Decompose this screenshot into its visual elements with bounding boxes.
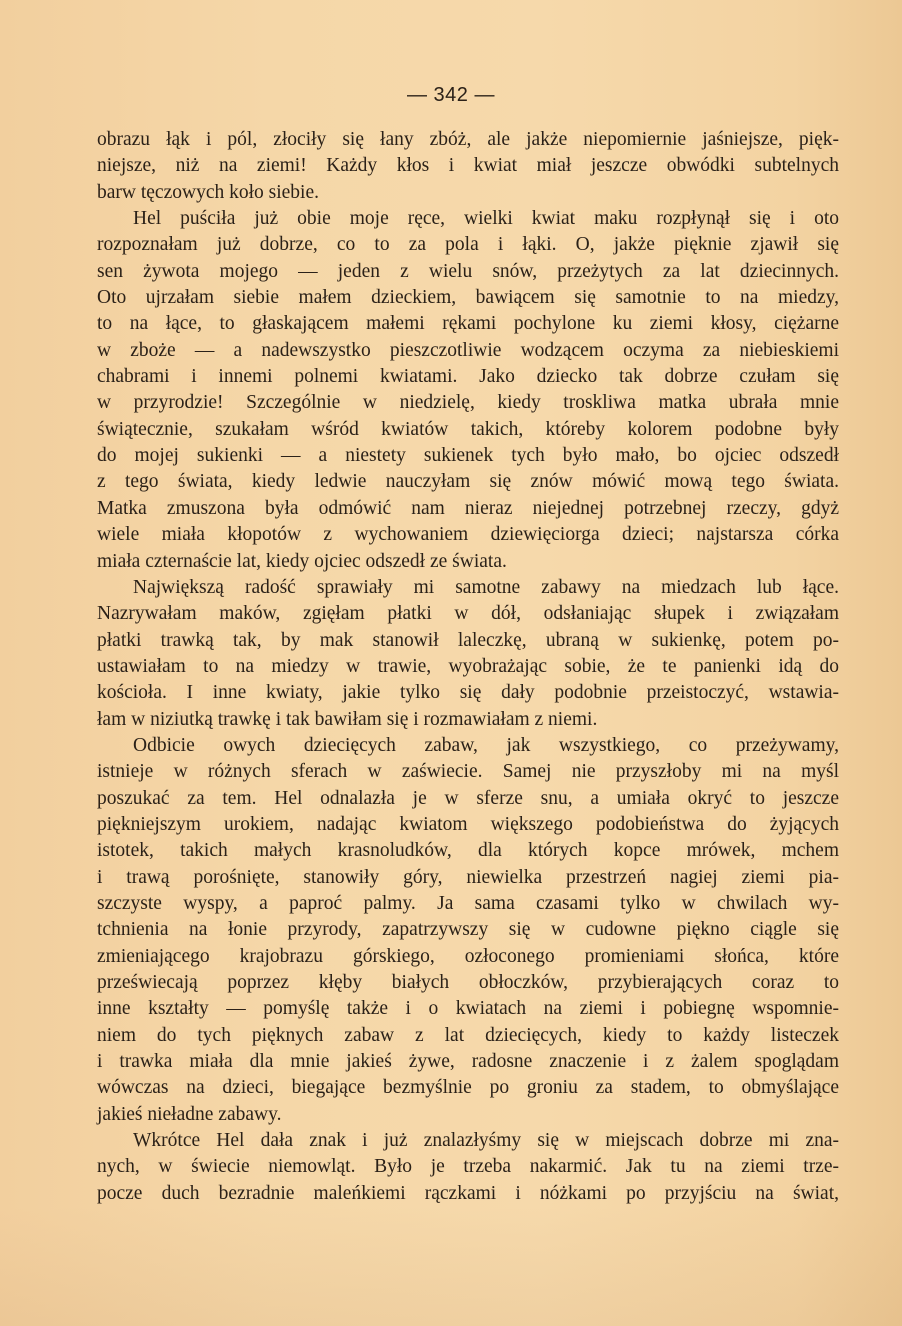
text-line: pocze duch bezradnie maleńkiemi rączkami… — [97, 1181, 839, 1207]
page-number: — 342 — — [0, 84, 902, 107]
text-line: piękniejszym urokiem, nadając kwiatom wi… — [97, 812, 839, 838]
text-line: do mojej sukienki — a niestety sukienek … — [97, 443, 839, 469]
text-line: chabrami i innemi polnemi kwiatami. Jako… — [97, 364, 839, 390]
text-line: istnieje w różnych sferach w zaświecie. … — [97, 759, 839, 785]
text-line: wówczas na dzieci, biegające bezmyślnie … — [97, 1075, 839, 1101]
text-line: niem do tych pięknych zabaw z lat dzieci… — [97, 1023, 839, 1049]
book-page: — 342 — obrazu łąk i pól, złociły się ła… — [0, 0, 902, 1326]
text-line: Oto ujrzałam siebie małem dzieckiem, baw… — [97, 285, 839, 311]
text-line: istotek, takich małych krasnoludków, dla… — [97, 838, 839, 864]
text-line: rozpoznałam już dobrze, co to za pola i … — [97, 232, 839, 258]
text-line: Matka zmuszona była odmówić nam nieraz n… — [97, 496, 839, 522]
text-line: wiele miała kłopotów z wychowaniem dziew… — [97, 522, 839, 548]
text-line: niejsze, niż na ziemi! Każdy kłos i kwia… — [97, 153, 839, 179]
text-line: poszukać za tem. Hel odnalazła je w sfer… — [97, 786, 839, 812]
text-line: obrazu łąk i pól, złociły się łany zbóż,… — [97, 127, 839, 153]
text-line: z tego świata, kiedy ledwie nauczyłam si… — [97, 469, 839, 495]
text-line: i trawą porośnięte, stanowiły góry, niew… — [97, 865, 839, 891]
paragraph-first-line: Hel puściła już obie moje ręce, wielki k… — [97, 206, 839, 232]
paragraph-first-line: Największą radość sprawiały mi samotne z… — [97, 575, 839, 601]
text-line: w zbożе — a nadewszystko pieszczotliwie … — [97, 338, 839, 364]
text-line: inne kształty — pomyślę także i o kwiata… — [97, 996, 839, 1022]
text-line: barw tęczowych koło siebie. — [97, 180, 839, 206]
text-line: jakieś niеładne zabawy. — [97, 1102, 839, 1128]
paragraph-first-line: Odbicie owych dziecięcych zabaw, jak wsz… — [97, 733, 839, 759]
text-line: nych, w świecie niemowląt. Było je trzeb… — [97, 1154, 839, 1180]
text-line: kościoła. I inne kwiaty, jakie tylko się… — [97, 680, 839, 706]
text-line: ustawiałam to na miedzy w trawie, wyobra… — [97, 654, 839, 680]
text-line: zmieniającego krajobrazu górskiego, ozło… — [97, 944, 839, 970]
text-line: miała czternaście lat, kiedy ojciec odsz… — [97, 549, 839, 575]
text-line: w przyrodzie! Szczególnie w niedzielę, k… — [97, 390, 839, 416]
text-line: łam w niziutką trawkę i tak bawiłam się … — [97, 707, 839, 733]
text-line: i trawka miała dla mnie jakieś żywe, rad… — [97, 1049, 839, 1075]
text-line: szczyste wyspy, a paproć palmy. Ja sama … — [97, 891, 839, 917]
body-text: obrazu łąk i pól, złociły się łany zbóż,… — [97, 127, 839, 1207]
text-line: płatki trawką tak, by mak stanowił lalec… — [97, 628, 839, 654]
text-line: Nazrywałam maków, zgięłam płatki w dół, … — [97, 601, 839, 627]
text-line: tchnienia na łonie przyrody, zapatrzywsz… — [97, 917, 839, 943]
text-line: świątecznie, szukałam wśród kwiatów taki… — [97, 417, 839, 443]
paragraph-first-line: Wkrótce Hel dała znak i już znalazłyśmy … — [97, 1128, 839, 1154]
text-line: to na łące, to głaskającem małemi rękami… — [97, 311, 839, 337]
text-line: przeświecają poprzez kłęby białych obłoc… — [97, 970, 839, 996]
text-line: sen żywota mojego — jeden z wielu snów, … — [97, 259, 839, 285]
